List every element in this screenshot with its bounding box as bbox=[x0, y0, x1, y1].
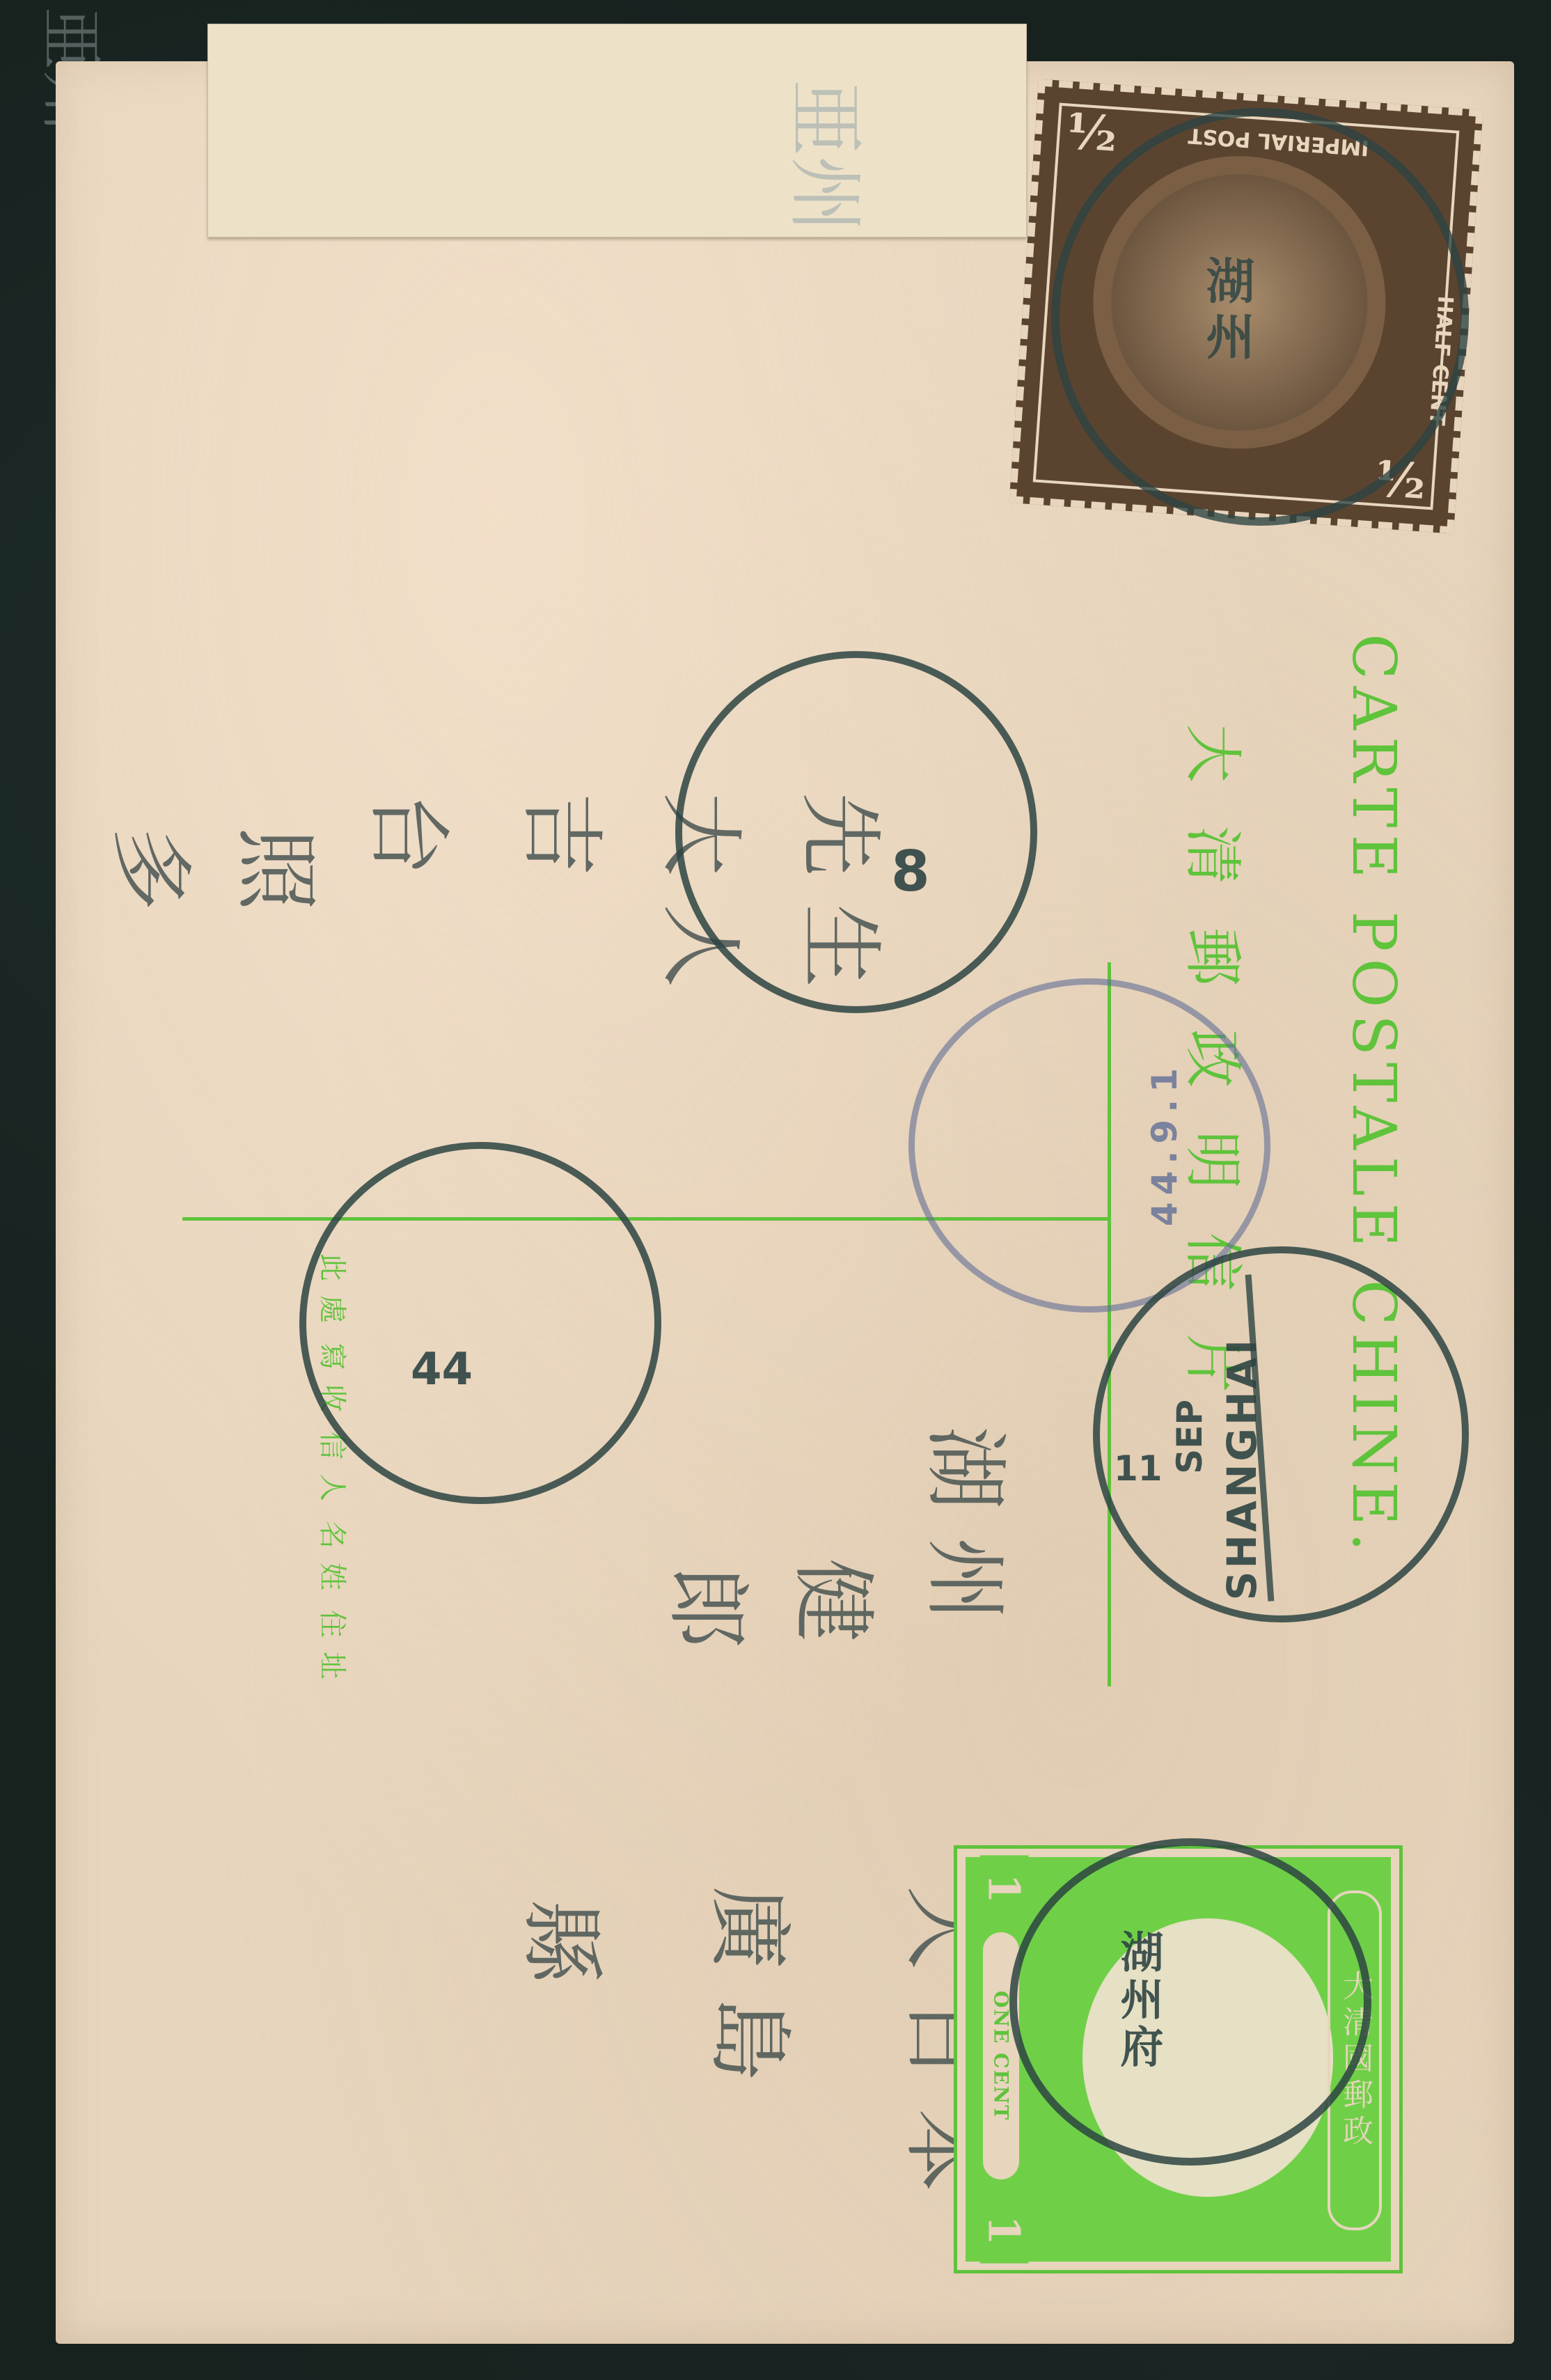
handwriting-message: 吉 bbox=[508, 792, 628, 904]
instruction-line: 名姓 bbox=[317, 1521, 347, 1604]
stamp-value: ½ bbox=[1064, 102, 1119, 163]
postmark-city: SHANGHAI bbox=[1218, 1337, 1266, 1600]
postmark-dated: 8 bbox=[675, 651, 1037, 1013]
postmark-shanghai: SHANGHAI SEP 11 bbox=[1093, 1246, 1469, 1622]
handwriting-message: 台 bbox=[355, 792, 475, 904]
handwriting-address: 縣 bbox=[508, 1900, 628, 2011]
pencil-note: 亜州 bbox=[776, 79, 886, 233]
postmark-month: SEP bbox=[1170, 1400, 1210, 1474]
handwriting-message: 多 bbox=[97, 827, 217, 939]
handwriting-sender: 郎 bbox=[654, 1565, 774, 1677]
postmark-adhesive: 湖州 bbox=[1051, 108, 1469, 526]
postmark-numeral: 44 bbox=[411, 1344, 473, 1395]
postmark-text: 湖州 bbox=[1192, 256, 1262, 367]
postmark-date: 44.9.1 bbox=[1144, 1061, 1185, 1226]
stamp-value: 1 bbox=[980, 2198, 1029, 2264]
postmark-transit: 44 bbox=[299, 1142, 661, 1504]
handwriting-address: 廣島 bbox=[696, 1886, 816, 2108]
postmark-text: 湖州府 bbox=[1108, 1929, 1170, 2072]
stamp-value: 1 bbox=[980, 1856, 1029, 1922]
handwriting-sender: 湖州 bbox=[912, 1426, 1032, 1649]
postmark-year: 11 bbox=[1114, 1448, 1163, 1489]
instruction-line: 住址 bbox=[317, 1610, 347, 1693]
handwriting-message: 照 bbox=[223, 827, 343, 939]
paper-tab: 亜州 bbox=[207, 24, 1027, 237]
postmark-imprint: 湖州府 bbox=[1009, 1838, 1371, 2166]
instruction-line: 信人 bbox=[317, 1432, 347, 1515]
postmark-numeral: 8 bbox=[891, 839, 930, 904]
handwriting-sender: 健 bbox=[780, 1558, 899, 1670]
